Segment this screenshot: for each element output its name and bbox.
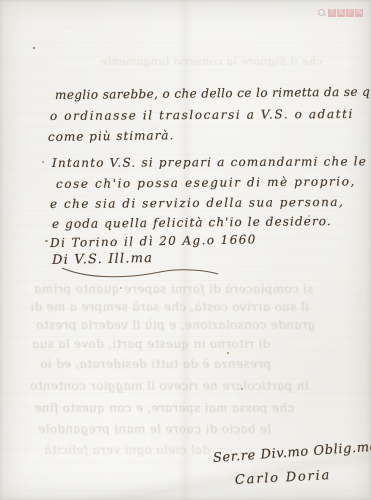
bleedthrough-line: dal cielo ogni vera felicità <box>43 443 211 457</box>
watermark-char: 在 <box>346 9 354 17</box>
bleedthrough-line: che il Signore la conservi lungamente <box>99 55 323 68</box>
pen-flourish <box>60 264 220 280</box>
ink-specks <box>0 0 1 1</box>
bleedthrough-line: grande consolazione, e più il vederla pr… <box>35 318 316 332</box>
letter-dateline: Di Torino il dì 20 Ag.o 1660 <box>50 232 257 250</box>
bleedthrough-line: in particolare ne ricevo il maggior cont… <box>29 379 309 393</box>
bleedthrough-line: si compiacerà di farmi sapere quanto pri… <box>33 282 314 296</box>
watermark-char: 线 <box>355 9 363 17</box>
bleedthrough-line: le bacio di cuore le mani pregandole <box>37 422 272 436</box>
letter-line: e goda quella felicità ch'io le desidero… <box>52 214 332 231</box>
bleedthrough-line: presenza è da tutti desiderata, ed io <box>39 357 272 371</box>
letter-line: e che sia di servizio della sua persona, <box>50 195 344 211</box>
valediction: Ser.re Div.mo Oblig.mo <box>212 439 371 466</box>
watermark: 艺 狐 在 线 <box>318 9 363 17</box>
letter-line: o ordinasse il traslocarsi a V.S. o adat… <box>50 107 354 123</box>
watermark-char: 狐 <box>337 9 345 17</box>
watermark-char: 艺 <box>328 9 336 17</box>
signature: Carlo Doria <box>235 468 332 488</box>
letter-line: meglio sarebbe, o che dello ce lo rimett… <box>55 84 371 102</box>
magnifier-icon <box>318 9 326 17</box>
watermark-text: 艺 狐 在 线 <box>328 9 363 17</box>
letter-line: Intanto V.S. si prepari a comandarmi che… <box>52 154 367 170</box>
letter-line: cose ch'io possa eseguir di mè proprio, <box>56 174 356 191</box>
bleedthrough-line: di ritorno in queste parti, dove la sua <box>31 337 271 351</box>
bleedthrough-line: che possa mai sperare, e con questo fine <box>33 401 295 415</box>
bleedthrough-line: il suo arrivo costà, che sarà sempre a m… <box>29 300 309 314</box>
letter-line: come più stimarà. <box>48 128 175 144</box>
manuscript-page: 艺 狐 在 线 che il Signore la conservi lunga… <box>0 0 371 500</box>
